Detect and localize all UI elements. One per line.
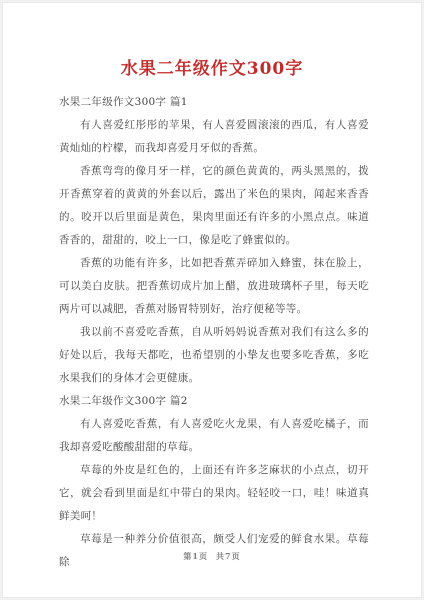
document-page: 水果二年级作文300字 水果二年级作文300字 篇1 有人喜爱红彤彤的苹果，有人… (2, 2, 422, 598)
section-1-paragraph-1: 有人喜爱红彤彤的苹果，有人喜爱圆滚滚的西瓜，有人喜爱黄灿灿的柠檬，而我却喜爱月牙… (59, 114, 369, 160)
section-1-heading: 水果二年级作文300字 篇1 (59, 91, 369, 114)
page-title: 水果二年级作文300字 (3, 57, 421, 81)
page-total: 共7页 (216, 551, 241, 561)
page-number: 第1页 (183, 551, 208, 561)
section-2-paragraph-2: 草莓的外皮是红色的，上面还有许多芝麻状的小点点，切开它，就会看到里面是红中带白的… (59, 459, 369, 528)
document-body: 水果二年级作文300字 篇1 有人喜爱红彤彤的苹果，有人喜爱圆滚滚的西瓜，有人喜… (59, 91, 369, 574)
section-2-heading: 水果二年级作文300字 篇2 (59, 390, 369, 413)
page-footer: 第1页共7页 (3, 551, 421, 562)
section-1-paragraph-4: 我以前不喜爱吃香蕉，自从听妈妈说香蕉对我们有这么多的好处以后，我每天都吃，也希望… (59, 321, 369, 390)
section-1-paragraph-2: 香蕉弯弯的像月牙一样，它的颜色黄黄的，两头黑黑的，拨开香蕉穿着的黄黄的外套以后，… (59, 160, 369, 252)
section-2-paragraph-1: 有人喜爱吃香蕉，有人喜爱吃火龙果，有人喜爱吃橘子，而我却喜爱吃酸酸甜甜的草莓。 (59, 413, 369, 459)
section-1-paragraph-3: 香蕉的功能有许多，比如把香蕉弄碎加入蜂蜜，抹在脸上，可以美白皮肤。把香蕉切成片加… (59, 252, 369, 321)
